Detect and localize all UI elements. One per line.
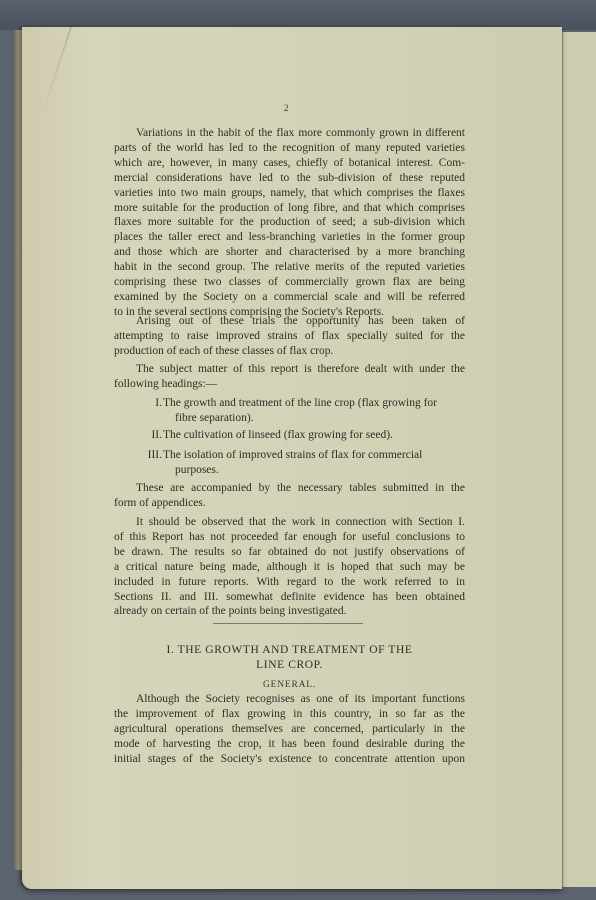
paragraph-varieties: Variations in the habit of the flax more…: [114, 126, 465, 320]
text-line: production of each of these classes of f…: [114, 344, 465, 359]
text-line: a critical nature being made, although i…: [114, 560, 465, 575]
section-divider: [213, 623, 363, 624]
text-line: places the taller erect and less-branchi…: [114, 230, 465, 245]
scan-background: [0, 0, 596, 30]
text-line: mode of harvesting the crop, it has been…: [114, 737, 465, 752]
text-line: Variations in the habit of the flax more…: [114, 126, 465, 141]
list-text: The isolation of improved strains of fla…: [163, 449, 422, 461]
paragraph-trials: Arising out of these trials the opportun…: [114, 314, 465, 359]
text-line: Arising out of these trials the opportun…: [114, 314, 465, 329]
text-line: examined by the Society on a commercial …: [114, 290, 465, 305]
text-line: attempting to raise improved strains of …: [114, 329, 465, 344]
list-numeral: II.: [114, 428, 162, 443]
text-line: Sections II. and III. somewhat definite …: [114, 590, 465, 605]
text-line: agricultural operations themselves are c…: [114, 722, 465, 737]
text-line: which are, however, in many cases, chief…: [114, 156, 465, 171]
paragraph-general: Although the Society recognises as one o…: [114, 692, 465, 767]
text-line: more suitable for the production of long…: [114, 201, 465, 216]
text-line: The subject matter of this report is the…: [114, 362, 465, 377]
list-text: The growth and treatment of the line cro…: [163, 397, 437, 409]
text-line: Although the Society recognises as one o…: [114, 692, 465, 707]
paragraph-appendices: These are accompanied by the necessary t…: [114, 481, 465, 511]
list-numeral: III.: [114, 448, 162, 463]
text-line: mercial considerations have led to the s…: [114, 171, 465, 186]
text-line: varieties into two main groups, namely, …: [114, 186, 465, 201]
section-subheading: GENERAL.: [114, 680, 465, 690]
text-line: the improvement of flax growing in this …: [114, 707, 465, 722]
text-line: form of appendices.: [114, 496, 465, 511]
list-text: The cultivation of linseed (flax growing…: [163, 429, 393, 441]
text-line: following headings:—: [114, 377, 465, 392]
section-heading: I. THE GROWTH AND TREATMENT OF THE LINE …: [114, 643, 465, 672]
text-line: parts of the world has led to the recogn…: [114, 141, 465, 156]
section-heading-line-1: I. THE GROWTH AND TREATMENT OF THE: [114, 643, 465, 658]
text-line: It should be observed that the work in c…: [114, 515, 465, 530]
text-line: be drawn. The results so far obtained do…: [114, 545, 465, 560]
page-number: 2: [284, 103, 289, 113]
text-line: These are accompanied by the necessary t…: [114, 481, 465, 496]
text-line: and those which are shorter and characte…: [114, 245, 465, 260]
text-line: flaxes more suitable for the production …: [114, 215, 465, 230]
list-text-continuation: fibre separation).: [163, 411, 465, 426]
paragraph-subject: The subject matter of this report is the…: [114, 362, 465, 392]
text-line: of this Report has not proceeded far eno…: [114, 530, 465, 545]
adjacent-page-edge: [562, 32, 596, 887]
text-line: initial stages of the Society's existenc…: [114, 752, 465, 767]
list-numeral: I.: [114, 396, 162, 411]
section-heading-line-2: LINE CROP.: [114, 658, 465, 673]
text-line: included in future reports. With regard …: [114, 575, 465, 590]
text-line: habit in the second group. The relative …: [114, 260, 465, 275]
text-line: already on certain of the points being i…: [114, 604, 465, 619]
text-line: comprising these two classes of commerci…: [114, 275, 465, 290]
page-stack-edge: [14, 30, 22, 870]
paragraph-observation: It should be observed that the work in c…: [114, 515, 465, 619]
list-text-continuation: purposes.: [163, 463, 465, 478]
